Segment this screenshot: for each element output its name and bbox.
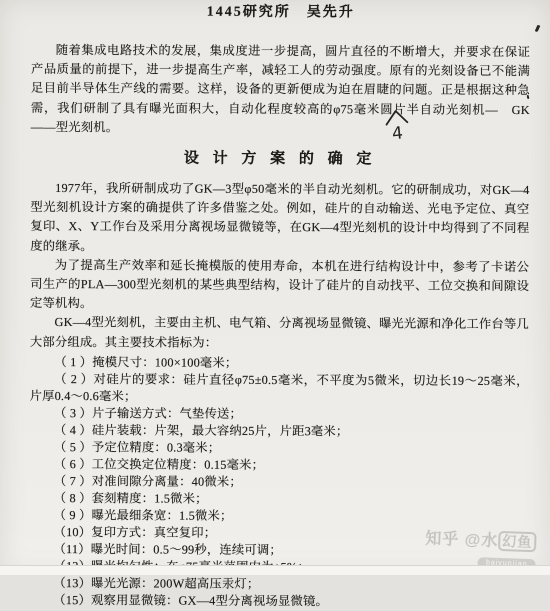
spec-item: （ 3 ）片子输送方式：气垫传送； <box>29 405 528 424</box>
watermark-logo: 幻鱼 <box>498 531 537 552</box>
ink-speck <box>535 25 541 33</box>
watermark-site: 知乎 @水 <box>425 530 499 550</box>
spec-item: （ 1 ）掩模尺寸：100×100毫米； <box>30 354 529 373</box>
spec-item: （ 2 ）对硅片的要求：硅片直径φ75±0.5毫米，不平度为5微米，切边长19～… <box>30 371 529 407</box>
paragraph: GK—4型光刻机，主要由主机、电气箱、分离视场显微镜、曝光光源和净化工作台等几大… <box>30 313 529 354</box>
spec-item: （ 4 ）硅片装载：片架，最大容纳25片，片距3毫米； <box>29 422 528 441</box>
paragraph: 为了提高生产效率和延长掩模版的使用寿命，本机在进行结构设计中，参考了卡诺公司生产… <box>30 256 529 316</box>
scanned-document-page: 1445研究所 吴先升 随着集成电路技术的发展，集成度进一步提高，圆片直径的不断… <box>0 0 550 575</box>
watermark-text: 知乎 @水幻鱼 <box>408 528 537 553</box>
spec-item: （ 8 ）套刻精度：1.5微米； <box>29 490 528 509</box>
document-content: 1445研究所 吴先升 随着集成电路技术的发展，集成度进一步提高，圆片直径的不断… <box>29 3 531 575</box>
spec-item: （ 9 ）曝光最细条宽：1.5微米； <box>29 507 528 526</box>
spec-item: （ 5 ）予定位精度：0.3毫米； <box>29 439 528 458</box>
intro-paragraph: 随着集成电路技术的发展，集成度进一步提高，圆片直径的不断增大，并要求在保证产品质… <box>31 41 530 139</box>
spec-item: （ 7 ）对准间隙分离量：40微米； <box>29 473 528 492</box>
spec-item: （ 6 ）工位交换定位精度：0.15毫米； <box>29 456 528 475</box>
section-heading: 设 计 方 案 的 确 定 <box>31 147 530 171</box>
body-paragraphs: 1977年，我所研制成功了GK—3型φ50毫米的半自动光刻机。它的研制成功，对G… <box>30 179 530 354</box>
scan-bottom-edge <box>0 565 550 575</box>
paragraph: 1977年，我所研制成功了GK—3型φ50毫米的半自动光刻机。它的研制成功，对G… <box>30 179 529 258</box>
author-line: 1445研究所 吴先升 <box>31 3 530 23</box>
